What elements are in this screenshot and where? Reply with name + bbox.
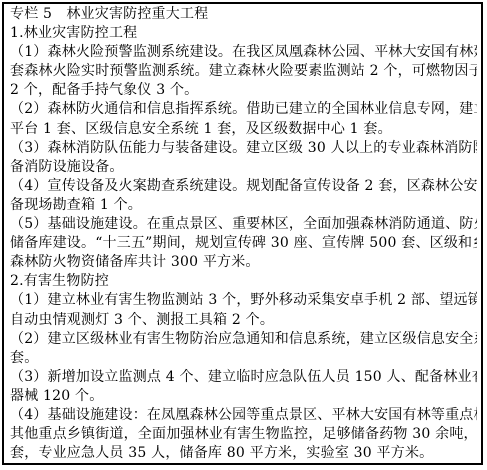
text-line: 备消防设施设备。 (10, 158, 477, 177)
text-line: 自动虫情观测灯 3 个、测报工具箱 2 个。 (10, 311, 477, 330)
text-line: 备现场勘查箱 1 个。 (10, 196, 477, 215)
text-line: 2 个，配备手持气象仪 3 个。 (10, 81, 477, 100)
text-line: 套，专业应急人员 35 人，储备库 80 平方米，实验室 30 平方米。 (10, 444, 477, 463)
text-line: 套。 (10, 349, 477, 368)
text-line: （2）建立区级林业有害生物防治应急通知和信息系统，建立区级信息安全系统 1 (10, 330, 477, 349)
document-page: 专栏 5 林业灾害防控重大工程 1.林业灾害防控工程 （1）森林火险预警监测系统… (0, 0, 487, 470)
text-line: 套森林火险实时预警监测系统。建立森林火险要素监测站 2 个，可燃物因子采集站 (10, 62, 477, 81)
text-line: 其他重点乡镇街道，全面加强林业有害生物监控，足够储备药物 30 余吨，机械 60 (10, 425, 477, 444)
text-line: （3）森林消防队伍能力与装备建设。建立区级 30 人以上的专业森林消防队伍，配 (10, 139, 477, 158)
text-line: 器械 120 个。 (10, 387, 477, 406)
text-line: （5）基础设施建设。在重点景区、重要林区，全面加强森林消防通道、防火物资 (10, 215, 477, 234)
text-line: 1.林业灾害防控工程 (10, 24, 477, 43)
text-line: （4）宣传设备及火案勘查系统建设。规划配备宣传设备 2 套，区森林公安分局配 (10, 177, 477, 196)
text-line: （2）森林防火通信和信息指挥系统。借助已建立的全国林业信息专网，建立网络 (10, 100, 477, 119)
text-line: 平台 1 套、区级信息安全系统 1 套，及区级数据中心 1 套。 (10, 120, 477, 139)
text-line: 森林防火物资储备库共计 300 平方米。 (10, 253, 477, 272)
text-line: （4）基础设施建设：在凤凰森林公园等重点景区、平林大安国有林等重点林区、 (10, 406, 477, 425)
text-line: 2.有害生物防控 (10, 272, 477, 291)
text-line: （3）新增加设立监测点 4 个、建立临时应急队伍人员 150 人、配备林业有害生… (10, 368, 477, 387)
text-line: 储备库建设。“十三五”期间，规划宣传碑 30 座、宣传牌 500 套、区级和乡镇… (10, 234, 477, 253)
text-line: （1）森林火险预警监测系统建设。在我区凤凰森林公园、平林大安国有林建立 1 (10, 43, 477, 62)
column-5-box: 专栏 5 林业灾害防控重大工程 1.林业灾害防控工程 （1）森林火险预警监测系统… (2, 2, 483, 465)
box-title: 专栏 5 林业灾害防控重大工程 (10, 5, 477, 24)
text-line: （1）建立林业有害生物监测站 3 个，野外移动采集安卓手机 2 部、望远镜 1 … (10, 291, 477, 310)
